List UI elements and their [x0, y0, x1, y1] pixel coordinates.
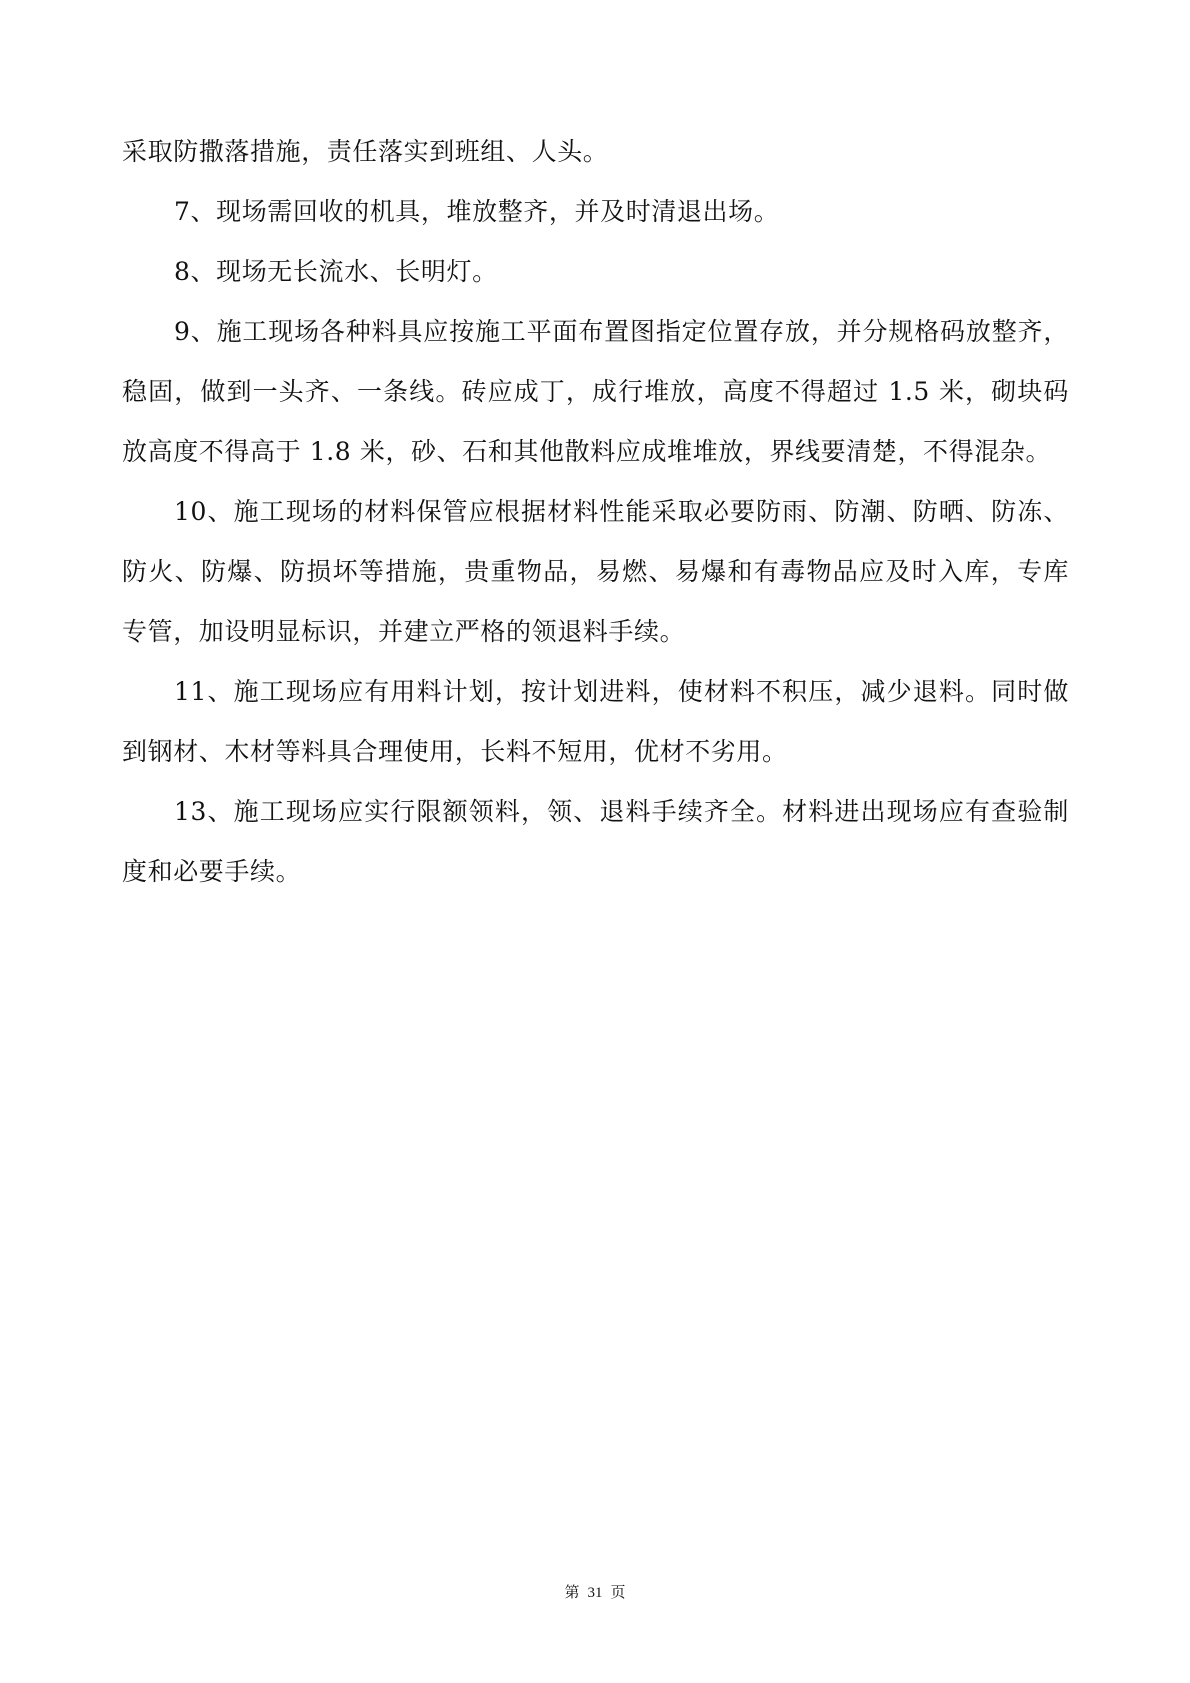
paragraph-item-10: 10、施工现场的材料保管应根据材料性能采取必要防雨、防潮、防晒、防冻、防火、防爆… [122, 482, 1069, 662]
page-footer: 第31页 [0, 1582, 1190, 1604]
page-number-prefix: 第 [564, 1585, 579, 1601]
paragraph-item-13: 13、施工现场应实行限额领料，领、退料手续齐全。材料进出现场应有查验制度和必要手… [122, 782, 1069, 902]
document-body: 采取防撒落措施，责任落实到班组、人头。 7、现场需回收的机具，堆放整齐，并及时清… [122, 122, 1069, 902]
paragraph-item-8: 8、现场无长流水、长明灯。 [122, 242, 1069, 302]
paragraph-item-11: 11、施工现场应有用料计划，按计划进料，使材料不积压，减少退料。同时做到钢材、木… [122, 662, 1069, 782]
paragraph-item-9: 9、施工现场各种料具应按施工平面布置图指定位置存放，并分规格码放整齐，稳固，做到… [122, 302, 1069, 482]
page-number: 31 [588, 1585, 603, 1601]
paragraph-item-7: 7、现场需回收的机具，堆放整齐，并及时清退出场。 [122, 182, 1069, 242]
page-number-suffix: 页 [611, 1585, 626, 1601]
paragraph-continuation: 采取防撒落措施，责任落实到班组、人头。 [122, 122, 1069, 182]
